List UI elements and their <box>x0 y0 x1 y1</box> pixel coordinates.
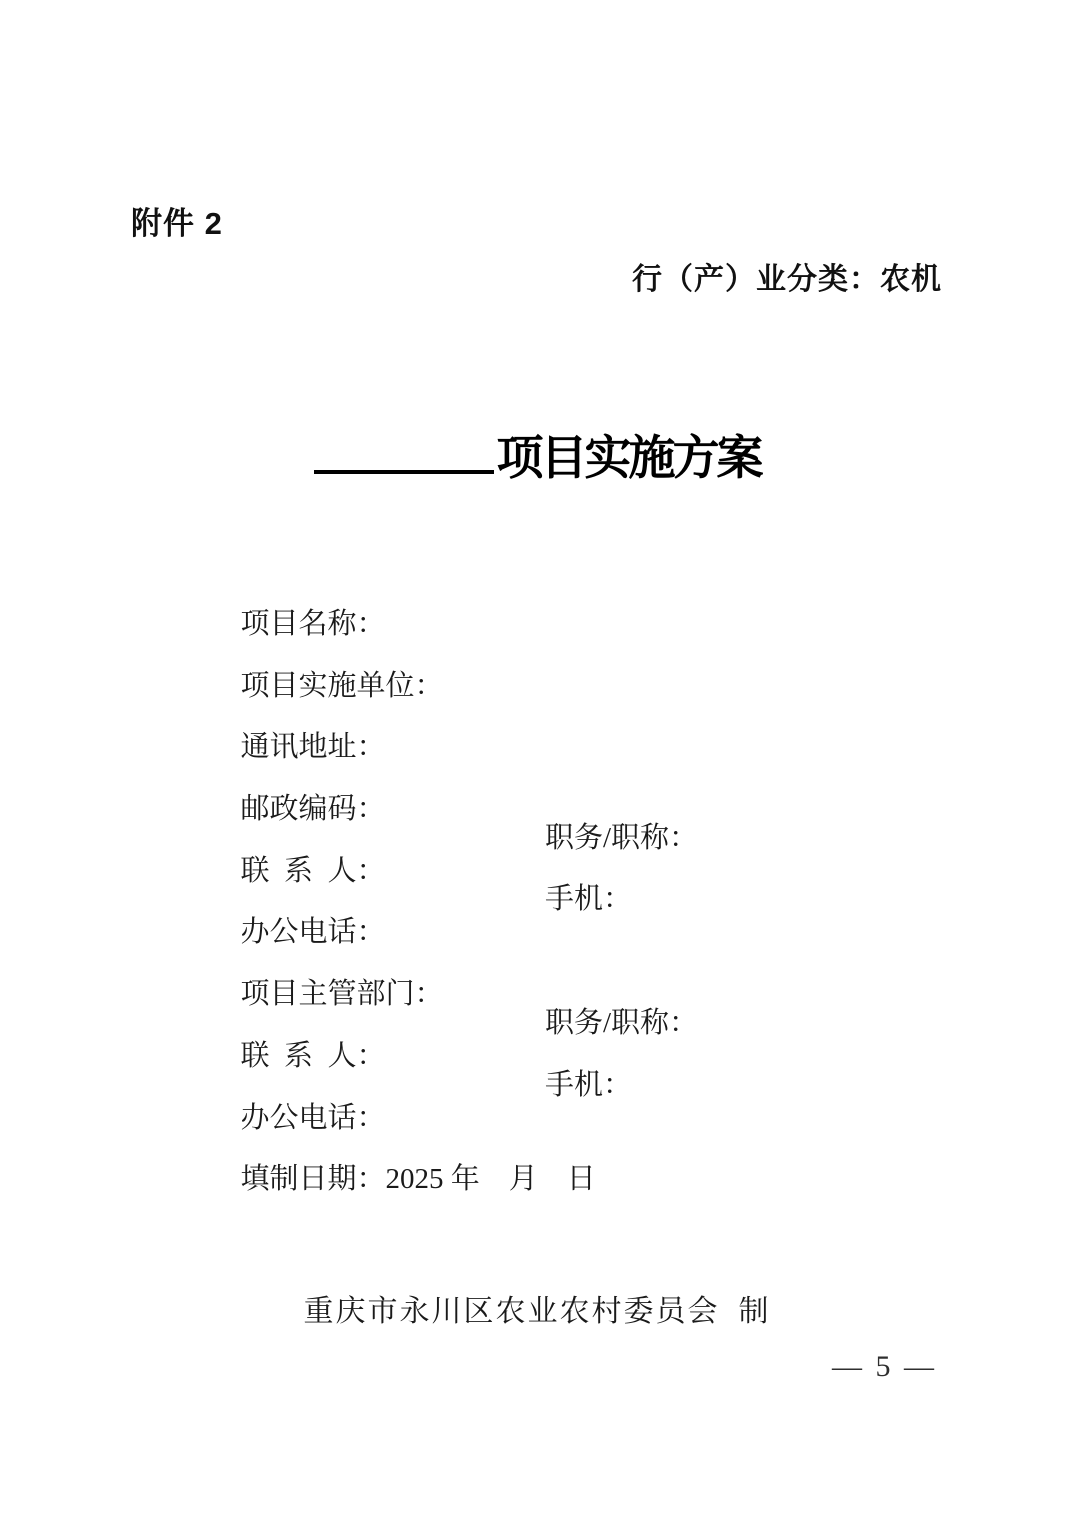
issuing-authority: 重庆市永川区农业农村委员会 制 <box>0 1286 1074 1330</box>
fill-date-value: 2025 年 月 日 <box>386 1163 596 1195</box>
fill-date-label: 填制日期： <box>241 1163 386 1195</box>
form-row-postal-code: 邮政编码： <box>197 753 937 815</box>
form-row-contact-person-2: 联 系 人： 职务/职称： <box>197 1000 937 1062</box>
industry-classification-label: 行（产）业分类：农机 <box>632 254 942 298</box>
form-row-office-phone-1: 办公电话： 手机： <box>197 876 937 938</box>
mobile-phone-label: 手机： <box>545 876 632 917</box>
document-title: 项目实施方案 <box>0 421 1074 488</box>
position-title-label: 职务/职称： <box>545 815 698 856</box>
position-title-label: 职务/职称： <box>545 1000 698 1041</box>
form-row-fill-date: 填制日期：2025 年 月 日 <box>197 1123 937 1185</box>
form-row-project-name: 项目名称： <box>197 568 937 630</box>
document-page: 附件 2 行（产）业分类：农机 项目实施方案 项目名称： 项目实施单位： 通讯地… <box>0 0 1074 1520</box>
page-number: — 5 — <box>832 1350 937 1384</box>
form-row-supervising-department: 项目主管部门： <box>197 938 937 1000</box>
form-row-mailing-address: 通讯地址： <box>197 691 937 753</box>
form-row-office-phone-2: 办公电话： 手机： <box>197 1062 937 1124</box>
form-row-contact-person-1: 联 系 人： 职务/职称： <box>197 815 937 877</box>
attachment-label: 附件 2 <box>131 198 223 243</box>
form-fields: 项目名称： 项目实施单位： 通讯地址： 邮政编码： 联 系 人： 职务/职称： … <box>197 568 937 1185</box>
mobile-phone-label: 手机： <box>545 1062 632 1103</box>
title-blank-underline <box>314 470 494 474</box>
title-text: 项目实施方案 <box>497 433 761 485</box>
form-row-implementing-unit: 项目实施单位： <box>197 630 937 692</box>
